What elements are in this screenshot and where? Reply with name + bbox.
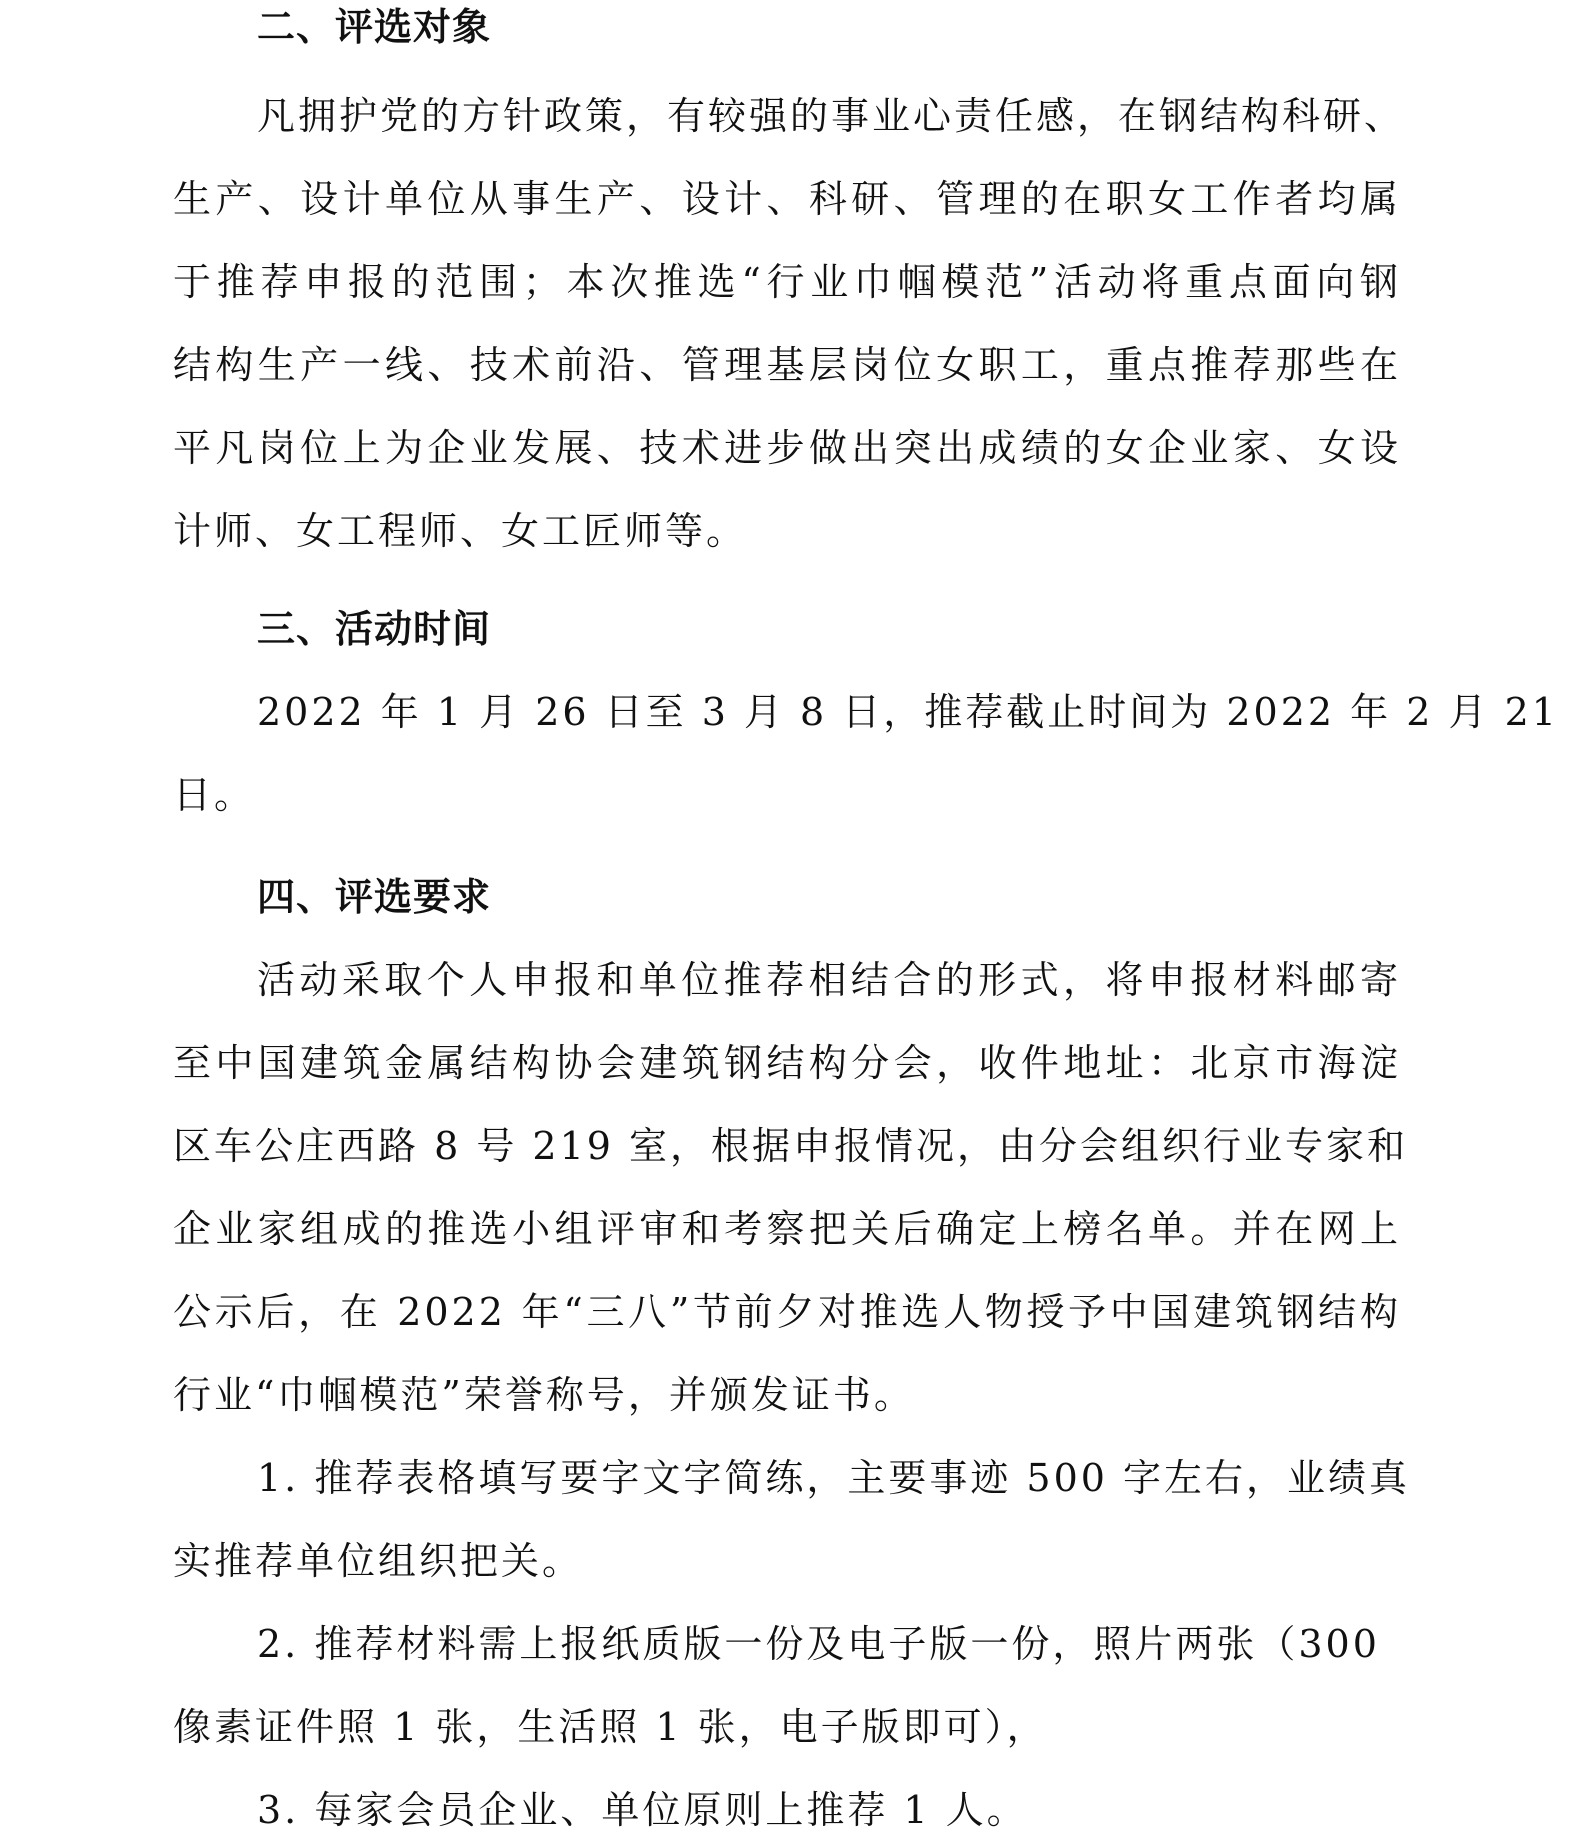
paragraph-line: 生产、设计单位从事生产、设计、科研、管理的在职女工作者均属 (173, 174, 1401, 224)
section-heading-schedule: 三、活动时间 (257, 604, 491, 654)
paragraph-line: 凡拥护党的方针政策，有较强的事业心责任感，在钢结构科研、 (257, 91, 1401, 141)
paragraph-line: 企业家组成的推选小组评审和考察把关后确定上榜名单。并在网上 (173, 1204, 1401, 1254)
list-item-3: 3. 每家会员企业、单位原则上推荐 1 人。 (257, 1785, 1401, 1835)
section-heading-eligibility: 二、评选对象 (257, 2, 491, 52)
paragraph-line: 2022 年 1 月 26 日至 3 月 8 日，推荐截止时间为 2022 年 … (257, 687, 1401, 737)
document-page: 二、评选对象 凡拥护党的方针政策，有较强的事业心责任感，在钢结构科研、 生产、设… (0, 0, 1587, 1843)
paragraph-line: 结构生产一线、技术前沿、管理基层岗位女职工，重点推荐那些在 (173, 340, 1401, 390)
paragraph-line: 至中国建筑金属结构协会建筑钢结构分会，收件地址：北京市海淀 (173, 1038, 1401, 1088)
paragraph-line: 区车公庄西路 8 号 219 室，根据申报情况，由分会组织行业专家和 (173, 1121, 1401, 1171)
paragraph-line: 活动采取个人申报和单位推荐相结合的形式，将申报材料邮寄 (257, 955, 1401, 1005)
paragraph-line: 平凡岗位上为企业发展、技术进步做出突出成绩的女企业家、女设 (173, 423, 1401, 473)
paragraph-line: 日。 (173, 770, 1401, 820)
paragraph-line: 于推荐申报的范围；本次推选“行业巾帼模范”活动将重点面向钢 (173, 257, 1401, 307)
list-item-1: 1. 推荐表格填写要字文字简练，主要事迹 500 字左右，业绩真 (257, 1453, 1401, 1503)
paragraph-line: 计师、女工程师、女工匠师等。 (173, 506, 1401, 556)
list-item-2-continued: 像素证件照 1 张，生活照 1 张，电子版即可）， (173, 1702, 1401, 1752)
section-heading-requirements: 四、评选要求 (257, 872, 491, 922)
paragraph-line: 公示后，在 2022 年“三八”节前夕对推选人物授予中国建筑钢结构 (173, 1287, 1401, 1337)
paragraph-line: 行业“巾帼模范”荣誉称号，并颁发证书。 (173, 1370, 1401, 1420)
list-item-1-continued: 实推荐单位组织把关。 (173, 1536, 1401, 1586)
list-item-2: 2. 推荐材料需上报纸质版一份及电子版一份，照片两张（300 (257, 1619, 1377, 1669)
